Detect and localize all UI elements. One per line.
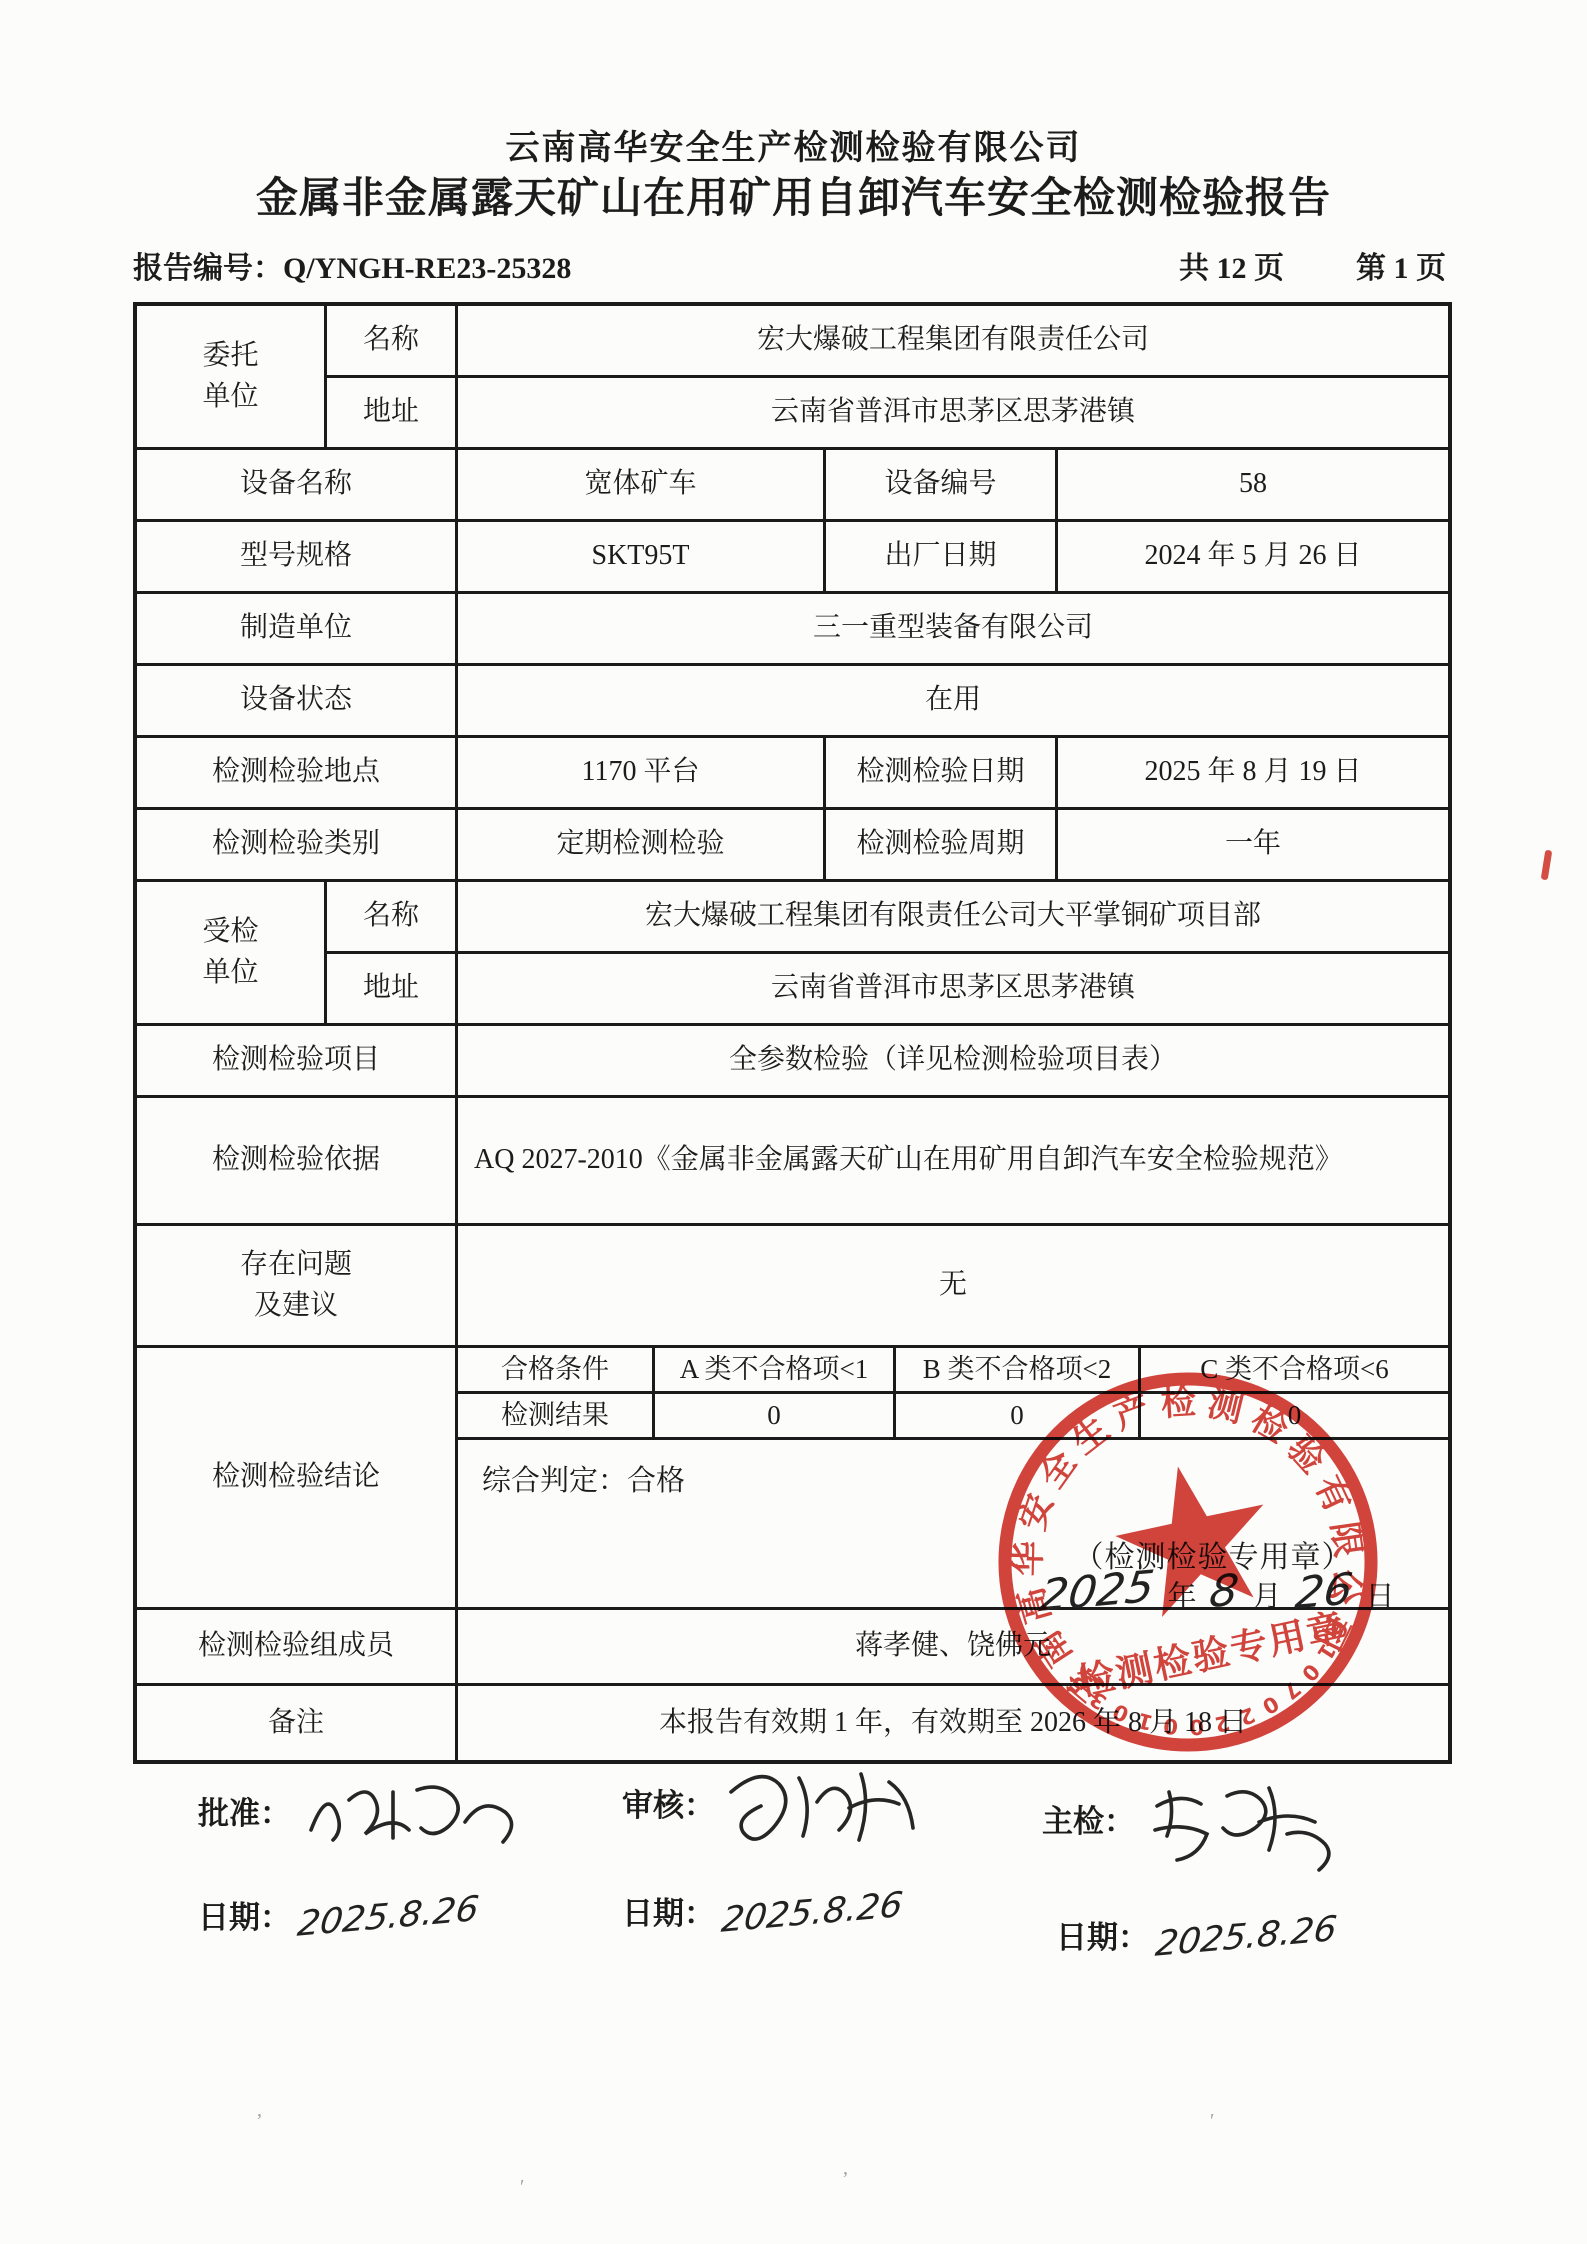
report-page: 云南高华安全生产检测检验有限公司 金属非金属露天矿山在用矿用自卸汽车安全检测检验…: [0, 0, 1587, 2244]
items-value: 全参数检验（详见检测检验项目表）: [458, 1026, 1448, 1095]
client-addr-row: 地址 云南省普洱市思茅区思茅港镇: [327, 378, 1448, 447]
signature-area: 批准： 日期： 2025.8.26 审核： 日期： 2025.8.26: [0, 1770, 1587, 1990]
chief-inspector-date-value: 2025.8.26: [1153, 1909, 1339, 1964]
inspected-name-row: 名称 宏大爆破工程集团有限责任公司大平掌铜矿项目部: [327, 882, 1448, 954]
conclusion-label: 检测检验结论: [137, 1348, 458, 1607]
inspected-addr-row: 地址 云南省普洱市思茅区思茅港镇: [327, 954, 1448, 1023]
team-row: 检测检验组成员 蒋孝健、饶佛元: [137, 1610, 1448, 1686]
inspected-group-label: 受检单位: [137, 882, 327, 1023]
report-title: 金属非金属露天矿山在用矿用自卸汽车安全检测检验报告: [0, 165, 1587, 225]
reviewer-signature-icon: [721, 1762, 941, 1862]
problems-label: 存在问题及建议: [137, 1226, 458, 1345]
chief-inspector-label: 主检：: [1042, 1796, 1135, 1841]
model-row: 型号规格 SKT95T 出厂日期 2024 年 5 月 26 日: [137, 522, 1448, 594]
device-no-value: 58: [1058, 450, 1448, 519]
seal-date-day-label: 日: [1366, 1574, 1395, 1615]
reviewer-date-label: 日期：: [622, 1888, 715, 1933]
manufacturer-value: 三一重型装备有限公司: [458, 594, 1448, 663]
reviewer-date-value: 2025.8.26: [719, 1885, 905, 1940]
criteria-row: 合格条件 A 类不合格项<1 B 类不合格项<2 C 类不合格项<6: [458, 1348, 1448, 1394]
chief-inspector-signature-icon: [1141, 1778, 1361, 1882]
client-group-label: 委托单位: [137, 306, 327, 447]
cycle-value: 一年: [1058, 810, 1448, 879]
type-row: 检测检验类别 定期检测检验 检测检验周期 一年: [137, 810, 1448, 882]
items-row: 检测检验项目 全参数检验（详见检测检验项目表）: [137, 1026, 1448, 1098]
client-name-value: 宏大爆破工程集团有限责任公司: [458, 306, 1448, 375]
chief-inspector-block: 主检： 日期： 2025.8.26: [1042, 1796, 1361, 1957]
remark-value: 本报告有效期 1 年，有效期至 2026 年 8 月 18 日: [458, 1686, 1448, 1760]
result-b: 0: [896, 1394, 1141, 1437]
reviewer-label: 审核：: [622, 1780, 715, 1825]
team-value: 蒋孝健、饶佛元: [458, 1610, 1448, 1683]
conclusion-row: 检测检验结论 合格条件 A 类不合格项<1 B 类不合格项<2 C 类不合格项<…: [137, 1348, 1448, 1610]
approver-date-label: 日期：: [198, 1892, 291, 1937]
device-name-value: 宽体矿车: [458, 450, 826, 519]
criteria-a: A 类不合格项<1: [655, 1348, 896, 1391]
problems-row: 存在问题及建议 无: [137, 1226, 1448, 1348]
criteria-c: C 类不合格项<6: [1141, 1348, 1448, 1391]
client-group-row: 委托单位 名称 宏大爆破工程集团有限责任公司 地址 云南省普洱市思茅区思茅港镇: [137, 306, 1448, 450]
results-row: 检测结果 0 0 0: [458, 1394, 1448, 1440]
items-label: 检测检验项目: [137, 1026, 458, 1095]
device-no-label: 设备编号: [826, 450, 1058, 519]
type-value: 定期检测检验: [458, 810, 826, 879]
seal-date-month-label: 月: [1252, 1574, 1281, 1615]
report-number-value: Q/YNGH-RE23-25328: [283, 252, 571, 285]
insp-date-label: 检测检验日期: [826, 738, 1058, 807]
inspected-name-label: 名称: [327, 882, 458, 951]
report-number-label: 报告编号：: [133, 252, 283, 285]
inspected-addr-label: 地址: [327, 954, 458, 1023]
remark-label: 备注: [137, 1686, 458, 1760]
reviewer-block: 审核： 日期： 2025.8.26: [622, 1780, 941, 1933]
location-value: 1170 平台: [458, 738, 826, 807]
report-table: 委托单位 名称 宏大爆破工程集团有限责任公司 地址 云南省普洱市思茅区思茅港镇 …: [133, 302, 1452, 1764]
client-name-row: 名称 宏大爆破工程集团有限责任公司: [327, 306, 1448, 378]
location-label: 检测检验地点: [137, 738, 458, 807]
status-row: 设备状态 在用: [137, 666, 1448, 738]
location-row: 检测检验地点 1170 平台 检测检验日期 2025 年 8 月 19 日: [137, 738, 1448, 810]
inspected-name-value: 宏大爆破工程集团有限责任公司大平掌铜矿项目部: [458, 882, 1448, 951]
basis-value: AQ 2027-2010《金属非金属露天矿山在用矿用自卸汽车安全检验规范》: [458, 1098, 1448, 1223]
verdict-cell: 综合判定：合格 （检测检验专用章） 2025 年 8 月 26 日: [458, 1440, 1448, 1607]
cycle-label: 检测检验周期: [826, 810, 1058, 879]
insp-date-value: 2025 年 8 月 19 日: [1058, 738, 1448, 807]
basis-label: 检测检验依据: [137, 1098, 458, 1223]
client-addr-label: 地址: [327, 378, 458, 447]
team-label: 检测检验组成员: [137, 1610, 458, 1683]
approver-label: 批准：: [198, 1788, 291, 1833]
seal-date-day: 26: [1292, 1564, 1355, 1620]
scan-speck: ’: [842, 2168, 849, 2191]
red-scan-mark: [1541, 850, 1553, 881]
approver-signature-icon: [297, 1770, 527, 1866]
seal-date-line: 2025 年 8 月 26 日: [998, 1566, 1438, 1617]
remark-row: 备注 本报告有效期 1 年，有效期至 2026 年 8 月 18 日: [137, 1686, 1448, 1760]
report-number: 报告编号：Q/YNGH-RE23-25328: [133, 243, 571, 287]
verdict-row: 综合判定：合格 （检测检验专用章） 2025 年 8 月 26 日: [458, 1440, 1448, 1607]
approver-block: 批准： 日期： 2025.8.26: [198, 1788, 527, 1937]
model-value: SKT95T: [458, 522, 826, 591]
seal-date-year-label: 年: [1167, 1574, 1196, 1615]
mfg-date-label: 出厂日期: [826, 522, 1058, 591]
seal-date-month: 8: [1207, 1565, 1242, 1618]
report-meta: 报告编号：Q/YNGH-RE23-25328 共 12 页 第 1 页: [133, 243, 1452, 287]
verdict-text: 综合判定：合格: [482, 1458, 685, 1499]
type-label: 检测检验类别: [137, 810, 458, 879]
seal-date-year: 2025: [1037, 1561, 1157, 1622]
client-name-label: 名称: [327, 306, 458, 375]
device-row: 设备名称 宽体矿车 设备编号 58: [137, 450, 1448, 522]
results-label: 检测结果: [458, 1394, 655, 1437]
page-count: 共 12 页 第 1 页: [1179, 243, 1452, 287]
current-page: 第 1 页: [1356, 243, 1446, 287]
result-a: 0: [655, 1394, 896, 1437]
client-addr-value: 云南省普洱市思茅区思茅港镇: [458, 378, 1448, 447]
manufacturer-row: 制造单位 三一重型装备有限公司: [137, 594, 1448, 666]
result-c: 0: [1141, 1394, 1448, 1437]
chief-inspector-date-label: 日期：: [1056, 1912, 1149, 1957]
model-label: 型号规格: [137, 522, 458, 591]
mfg-date-value: 2024 年 5 月 26 日: [1058, 522, 1448, 591]
manufacturer-label: 制造单位: [137, 594, 458, 663]
scan-speck: ′: [1210, 2110, 1214, 2133]
basis-row: 检测检验依据 AQ 2027-2010《金属非金属露天矿山在用矿用自卸汽车安全检…: [137, 1098, 1448, 1226]
approver-date-value: 2025.8.26: [295, 1889, 481, 1944]
company-title: 云南高华安全生产检测检验有限公司: [0, 120, 1587, 169]
scan-speck: ′: [520, 2176, 524, 2199]
status-value: 在用: [458, 666, 1448, 735]
problems-value: 无: [458, 1226, 1448, 1345]
criteria-label: 合格条件: [458, 1348, 655, 1391]
device-name-label: 设备名称: [137, 450, 458, 519]
criteria-b: B 类不合格项<2: [896, 1348, 1141, 1391]
status-label: 设备状态: [137, 666, 458, 735]
total-pages: 共 12 页: [1179, 243, 1284, 287]
inspected-addr-value: 云南省普洱市思茅区思茅港镇: [458, 954, 1448, 1023]
scan-speck: ’: [256, 2110, 263, 2133]
inspected-group-row: 受检单位 名称 宏大爆破工程集团有限责任公司大平掌铜矿项目部 地址 云南省普洱市…: [137, 882, 1448, 1026]
